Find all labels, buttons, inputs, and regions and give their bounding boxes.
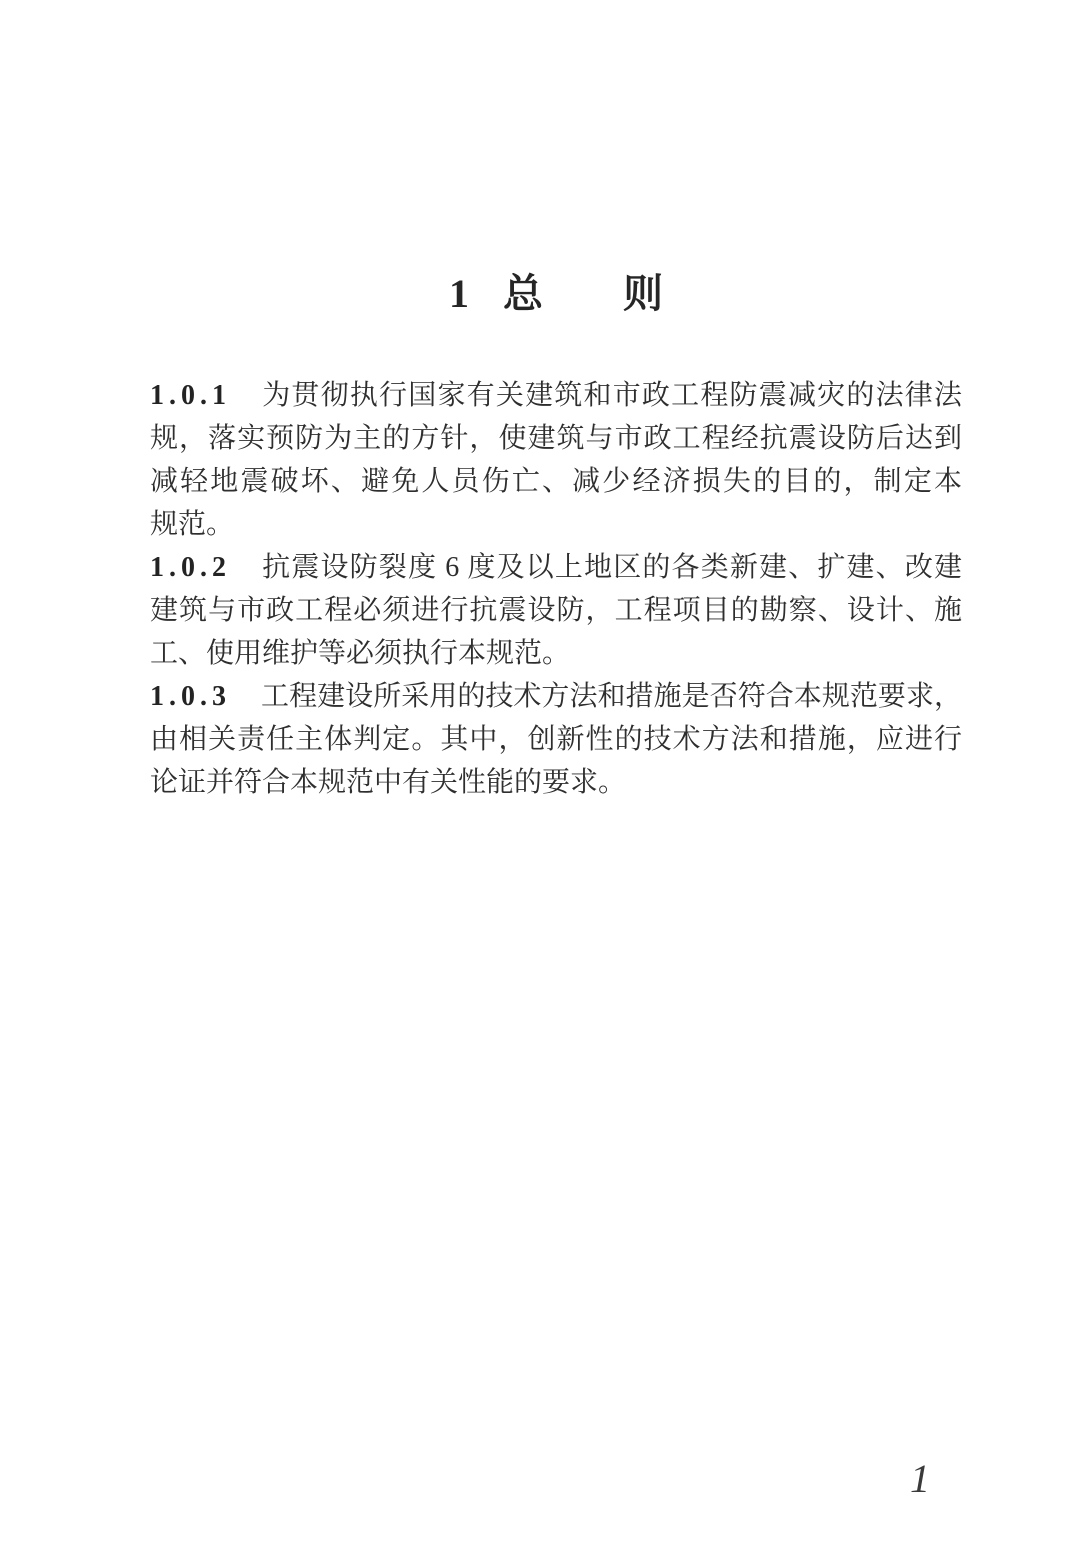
clause-number: 1.0.2 <box>150 552 231 583</box>
clause-1.0.1: 1.0.1为贯彻执行国家有关建筑和市政工程防震减灾的法律法规，落实预防为主的方针… <box>150 374 962 546</box>
clause-line: 1.0.2抗震设防裂度 6 度及以上地区的各类新建、扩建、改建 <box>150 546 962 589</box>
clause-number: 1.0.1 <box>150 380 231 411</box>
chapter-title-char-2: 则 <box>623 271 663 316</box>
clause-number: 1.0.3 <box>150 681 231 712</box>
chapter-number: 1 <box>449 270 469 317</box>
clause-1.0.3: 1.0.3工程建设所采用的技术方法和措施是否符合本规范要求，由相关责任主体判定。… <box>150 675 962 804</box>
clause-line: 减轻地震破坏、避免人员伤亡、减少经济损失的目的，制定本 <box>150 460 962 503</box>
title-gap <box>469 306 503 307</box>
clause-text: 为贯彻执行国家有关建筑和市政工程防震减灾的法律法 <box>261 380 962 411</box>
clauses-container: 1.0.1为贯彻执行国家有关建筑和市政工程防震减灾的法律法规，落实预防为主的方针… <box>150 374 962 804</box>
clause-1.0.2: 1.0.2抗震设防裂度 6 度及以上地区的各类新建、扩建、改建建筑与市政工程必须… <box>150 546 962 675</box>
clause-text: 工程建设所采用的技术方法和措施是否符合本规范要求， <box>261 681 962 712</box>
clause-line: 1.0.3工程建设所采用的技术方法和措施是否符合本规范要求， <box>150 675 962 718</box>
clause-line: 1.0.1为贯彻执行国家有关建筑和市政工程防震减灾的法律法 <box>150 374 962 417</box>
clause-line: 建筑与市政工程必须进行抗震设防，工程项目的勘察、设计、施 <box>150 589 962 632</box>
chapter-title: 1总则 <box>150 262 962 319</box>
clause-line: 规范。 <box>150 503 962 546</box>
clause-line: 工、使用维护等必须执行本规范。 <box>150 632 962 675</box>
page-number: 1 <box>850 1455 990 1502</box>
title-gap <box>543 306 623 307</box>
clause-text: 抗震设防裂度 6 度及以上地区的各类新建、扩建、改建 <box>261 552 962 583</box>
chapter-title-char-1: 总 <box>503 271 543 316</box>
clause-line: 论证并符合本规范中有关性能的要求。 <box>150 761 962 804</box>
clause-line: 规，落实预防为主的方针，使建筑与市政工程经抗震设防后达到 <box>150 417 962 460</box>
clause-line: 由相关责任主体判定。其中，创新性的技术方法和措施，应进行 <box>150 718 962 761</box>
document-page: 1总则 1.0.1为贯彻执行国家有关建筑和市政工程防震减灾的法律法规，落实预防为… <box>0 0 1080 1563</box>
